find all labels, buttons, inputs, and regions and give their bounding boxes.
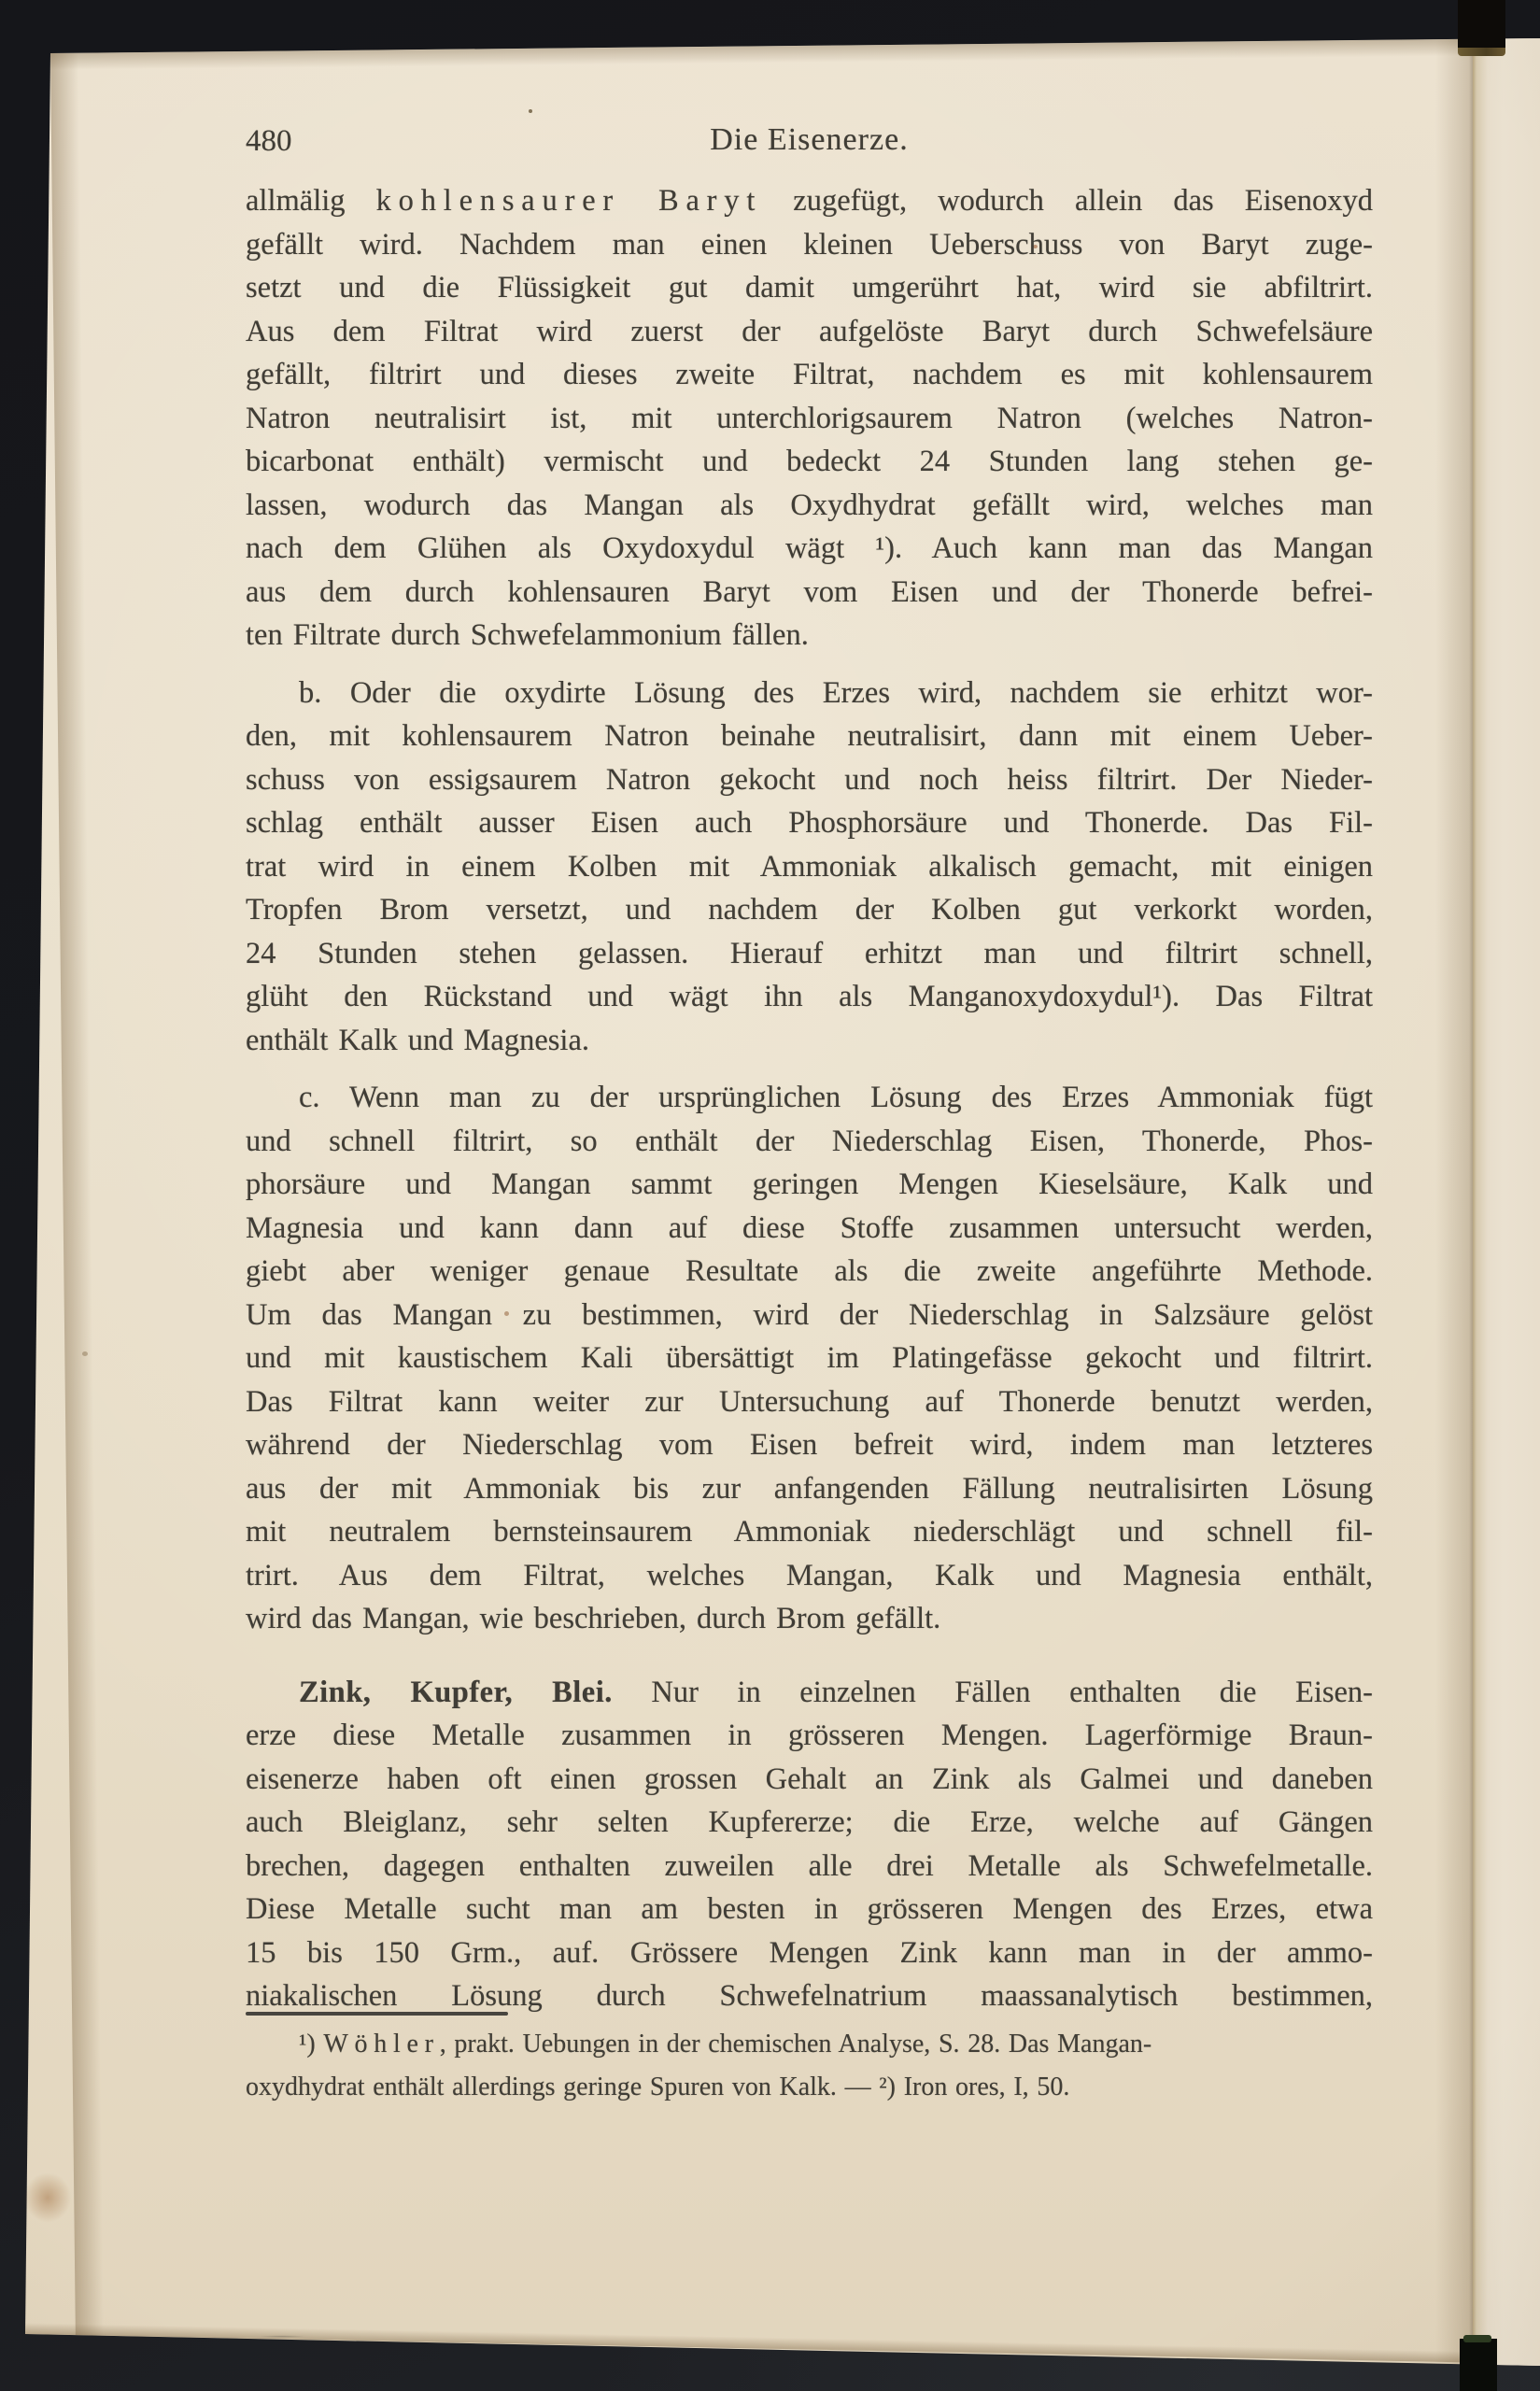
text-line: Das Filtrat kann weiter zur Untersuchung… <box>246 1380 1373 1424</box>
text-line: 24 Stunden stehen gelassen. Hierauf erhi… <box>246 932 1373 976</box>
book-scan: 480 Die Eisenerze. allmälig kohlensaurer… <box>0 0 1540 2391</box>
text-line: während der Niederschlag vom Eisen befre… <box>246 1423 1373 1467</box>
page-left-edge-shading <box>50 53 104 2341</box>
section-lead-bold: Zink, Kupfer, Blei. <box>299 1676 613 1709</box>
text-line: c. Wenn man zu der ursprünglichen Lösung… <box>246 1076 1373 1120</box>
footnote-line: ¹) Wöhler, prakt. Uebungen in der chemis… <box>246 2023 1352 2066</box>
running-header: Die Eisenerze. <box>246 120 1373 161</box>
text-line: trirt. Aus dem Filtrat, welches Mangan, … <box>246 1554 1373 1598</box>
text-line: trat wird in einem Kolben mit Ammoniak a… <box>246 845 1373 889</box>
text-line: phorsäure und Mangan sammt geringen Meng… <box>246 1163 1373 1207</box>
text-line: glüht den Rückstand und wägt ihn als Man… <box>246 975 1373 1019</box>
text-line: den, mit kohlensaurem Natron beinahe neu… <box>246 714 1373 758</box>
binding-tie-top <box>1458 0 1505 49</box>
text-line: setzt und die Flüssigkeit gut damit umge… <box>246 266 1373 310</box>
text-line: b. Oder die oxydirte Lösung des Erzes wi… <box>246 672 1373 715</box>
text-line: gefällt wird. Nachdem man einen kleinen … <box>246 223 1373 267</box>
text-line: Um das Mangan zu bestimmen, wird der Nie… <box>246 1294 1373 1337</box>
text-segment-spaced: kohlensaurer Baryt <box>376 184 763 218</box>
footnote: ¹) Wöhler, prakt. Uebungen in der chemis… <box>246 2023 1352 2108</box>
text-line: aus dem durch kohlensauren Baryt vom Eis… <box>246 571 1373 615</box>
text-line: lassen, wodurch das Mangan als Oxydhydra… <box>246 484 1373 528</box>
stain <box>15 2163 80 2232</box>
text-line: mit neutralem bernsteinsaurem Ammoniak n… <box>246 1510 1373 1554</box>
text-line: Zink, Kupfer, Blei. Nur in einzelnen Fäl… <box>246 1671 1373 1715</box>
text-line: Aus dem Filtrat wird zuerst der aufgelös… <box>246 310 1373 354</box>
text-line: Tropfen Brom versetzt, und nachdem der K… <box>246 888 1373 932</box>
text-line: schlag enthält ausser Eisen auch Phospho… <box>246 801 1373 845</box>
text-line: und schnell filtrirt, so enthält der Nie… <box>246 1120 1373 1164</box>
text-segment: allmälig <box>246 184 376 218</box>
text-line: eisenerze haben oft einen grossen Gehalt… <box>246 1758 1373 1802</box>
text-line: erze diese Metalle zusammen in grösseren… <box>246 1714 1373 1758</box>
text-line: ten Filtrate durch Schwefelammonium fäll… <box>246 614 1373 658</box>
text-line: enthält Kalk und Magnesia. <box>246 1019 1373 1063</box>
text-segment-spaced: Wöhler <box>323 2030 439 2059</box>
text-line: gefällt, filtrirt und dieses zweite Filt… <box>246 353 1373 397</box>
footnote-marker: ¹) <box>299 2030 323 2059</box>
text-line: giebt aber weniger genaue Resultate als … <box>246 1250 1373 1294</box>
facing-page-edge <box>1473 0 1540 2391</box>
text-line: brechen, dagegen enthalten zuweilen alle… <box>246 1845 1373 1889</box>
text-line: 15 bis 150 Grm., auf. Grössere Mengen Zi… <box>246 1931 1373 1975</box>
text-segment: zugefügt, wodurch allein das Eisenoxyd <box>762 184 1373 218</box>
text-segment: Nur in einzelnen Fällen enthalten die Ei… <box>613 1676 1373 1709</box>
gutter-fold-shadow <box>1435 0 1473 2391</box>
binding-tie-bottom <box>1460 2339 1497 2391</box>
text-line: aus der mit Ammoniak bis zur anfangenden… <box>246 1467 1373 1511</box>
body-text: allmälig kohlensaurer Baryt zugefügt, wo… <box>246 179 1373 2018</box>
text-line: schuss von essigsaurem Natron gekocht un… <box>246 758 1373 802</box>
text-segment: , prakt. Uebungen in der chemischen Anal… <box>440 2030 1152 2059</box>
paper-speck <box>82 1351 88 1356</box>
page-top-edge-shading <box>50 38 1540 70</box>
text-line: Magnesia und kann dann auf diese Stoffe … <box>246 1207 1373 1251</box>
text-line: Natron neutralisirt ist, mit unterchlori… <box>246 397 1373 441</box>
text-line: Diese Metalle sucht man am besten in grö… <box>246 1888 1373 1931</box>
footnote-rule <box>246 2012 508 2016</box>
text-line: wird das Mangan, wie beschrieben, durch … <box>246 1597 1373 1641</box>
text-line: bicarbonat enthält) vermischt und bedeck… <box>246 440 1373 484</box>
footnote-line: oxydhydrat enthält allerdings geringe Sp… <box>246 2066 1352 2109</box>
text-line: auch Bleiglanz, sehr selten Kupfererze; … <box>246 1801 1373 1845</box>
text-line: und mit kaustischem Kali übersättigt im … <box>246 1337 1373 1380</box>
text-line: allmälig kohlensaurer Baryt zugefügt, wo… <box>246 179 1373 223</box>
stain <box>252 2312 312 2338</box>
text-line: nach dem Glühen als Oxydoxydul wägt ¹). … <box>246 527 1373 571</box>
paper-speck <box>529 109 532 113</box>
